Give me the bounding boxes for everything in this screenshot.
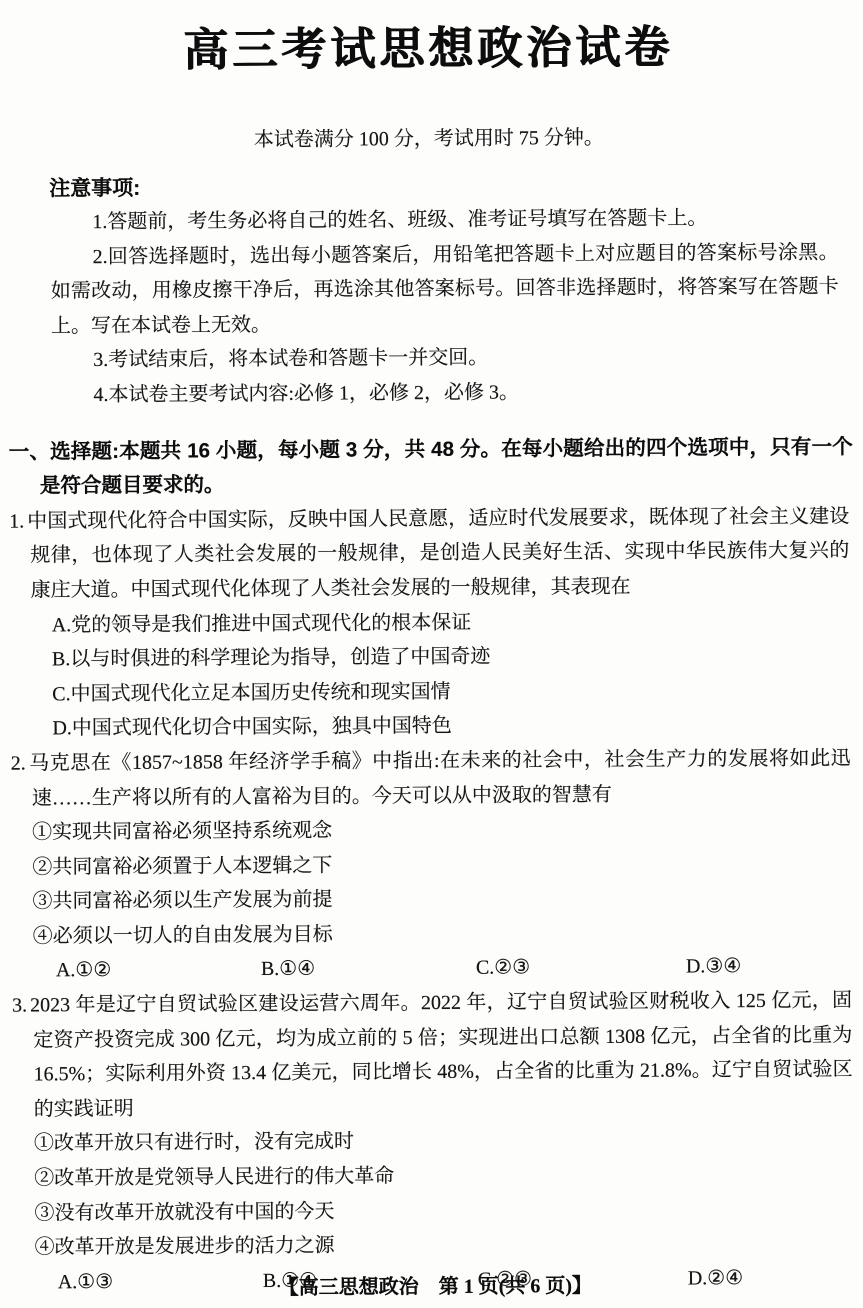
page-content: 高三考试思想政治试卷 本试卷满分 100 分，考试用时 75 分钟。 注意事项:… — [0, 0, 863, 1308]
question-2-statement-4: ④必须以一切人的自由发展为目标 — [33, 914, 856, 954]
question-1-stem: 1.中国式现代化符合中国实际，反映中国人民意愿，适应时代发展要求，既体现了社会主… — [30, 499, 850, 608]
notice-item-3: 3.考试结束后，将本试卷和答题卡一并交回。 — [51, 339, 839, 378]
question-1: 1.中国式现代化符合中国实际，反映中国人民意愿，适应时代发展要求，既体现了社会主… — [9, 499, 854, 746]
question-3-stem: 3.2023 年是辽宁自贸试验区建设运营六周年。2022 年，辽宁自贸试验区财税… — [33, 983, 853, 1126]
page-title: 高三考试思想政治试卷 — [6, 11, 850, 80]
question-3-number: 3. — [12, 995, 27, 1017]
question-1-option-c: C.中国式现代化立足本国历史传统和现实国情 — [52, 672, 854, 711]
question-3-statement-1: ①改革开放只有进行时，没有完成时 — [34, 1122, 857, 1162]
exam-paper-page: 高三考试思想政治试卷 本试卷满分 100 分，考试用时 75 分钟。 注意事项:… — [0, 0, 863, 1308]
question-2-statement-1: ①实现共同富裕必须坚持系统观念 — [32, 811, 855, 851]
question-3-statement-2: ②改革开放是党领导人民进行的伟大革命 — [34, 1156, 857, 1196]
question-2: 2.马克思在《1857~1858 年经济学手稿》中指出:在未来的社会中，社会生产… — [11, 741, 856, 988]
question-3-text: 2023 年是辽宁自贸试验区建设运营六周年。2022 年，辽宁自贸试验区财税收入… — [30, 989, 853, 1120]
question-3-statement-3: ③没有改革开放就没有中国的今天 — [34, 1191, 857, 1231]
question-2-option-b: B.①④ — [261, 951, 476, 987]
notice-item-4: 4.本试卷主要考试内容:必修 1，必修 2，必修 3。 — [51, 373, 839, 412]
question-3: 3.2023 年是辽宁自贸试验区建设运营六周年。2022 年，辽宁自贸试验区财税… — [12, 983, 858, 1299]
page-footer: 【高三思想政治 第 1 页(共 6 页)】 — [4, 1271, 863, 1302]
question-1-option-d: D.中国式现代化切合中国实际，独具中国特色 — [52, 707, 854, 746]
question-1-number: 1. — [9, 510, 24, 532]
notice-item-2: 2.回答选择题时，选出每小题答案后，用铅笔把答题卡上对应题目的答案标号涂黑。如需… — [50, 235, 839, 344]
question-1-option-b: B.以与时俱进的科学理论为指导，创造了中国奇迹 — [52, 638, 854, 677]
question-1-option-a: A.党的领导是我们推进中国式现代化的根本保证 — [52, 603, 854, 642]
notice-heading: 注意事项: — [49, 168, 851, 205]
question-2-text: 马克思在《1857~1858 年经济学手稿》中指出:在未来的社会中，社会生产力的… — [29, 747, 851, 809]
exam-info-line: 本试卷满分 100 分，考试用时 75 分钟。 — [7, 121, 851, 156]
question-2-stem: 2.马克思在《1857~1858 年经济学手稿》中指出:在未来的社会中，社会生产… — [32, 741, 851, 815]
question-2-statement-3: ③共同富裕必须以生产发展为前提 — [32, 880, 855, 920]
question-1-text: 中国式现代化符合中国实际，反映中国人民意愿，适应时代发展要求，既体现了社会主义建… — [27, 505, 849, 601]
question-2-option-a: A.①② — [56, 953, 261, 989]
question-2-number: 2. — [11, 752, 26, 774]
question-3-statement-4: ④改革开放是发展进步的活力之源 — [35, 1226, 858, 1266]
section-heading: 一、选择题:本题共 16 小题，每小题 3 分，共 48 分。在每小题给出的四个… — [40, 430, 853, 504]
question-2-option-c: C.②③ — [476, 950, 686, 986]
question-2-option-d: D.③④ — [686, 949, 856, 985]
question-2-options-row: A.①② B.①④ C.②③ D.③④ — [56, 949, 856, 988]
notice-item-1: 1.答题前，考生务必将自己的姓名、班级、准考证号填写在答题卡上。 — [50, 201, 838, 240]
question-2-statement-2: ②共同富裕必须置于人本逻辑之下 — [32, 845, 855, 885]
